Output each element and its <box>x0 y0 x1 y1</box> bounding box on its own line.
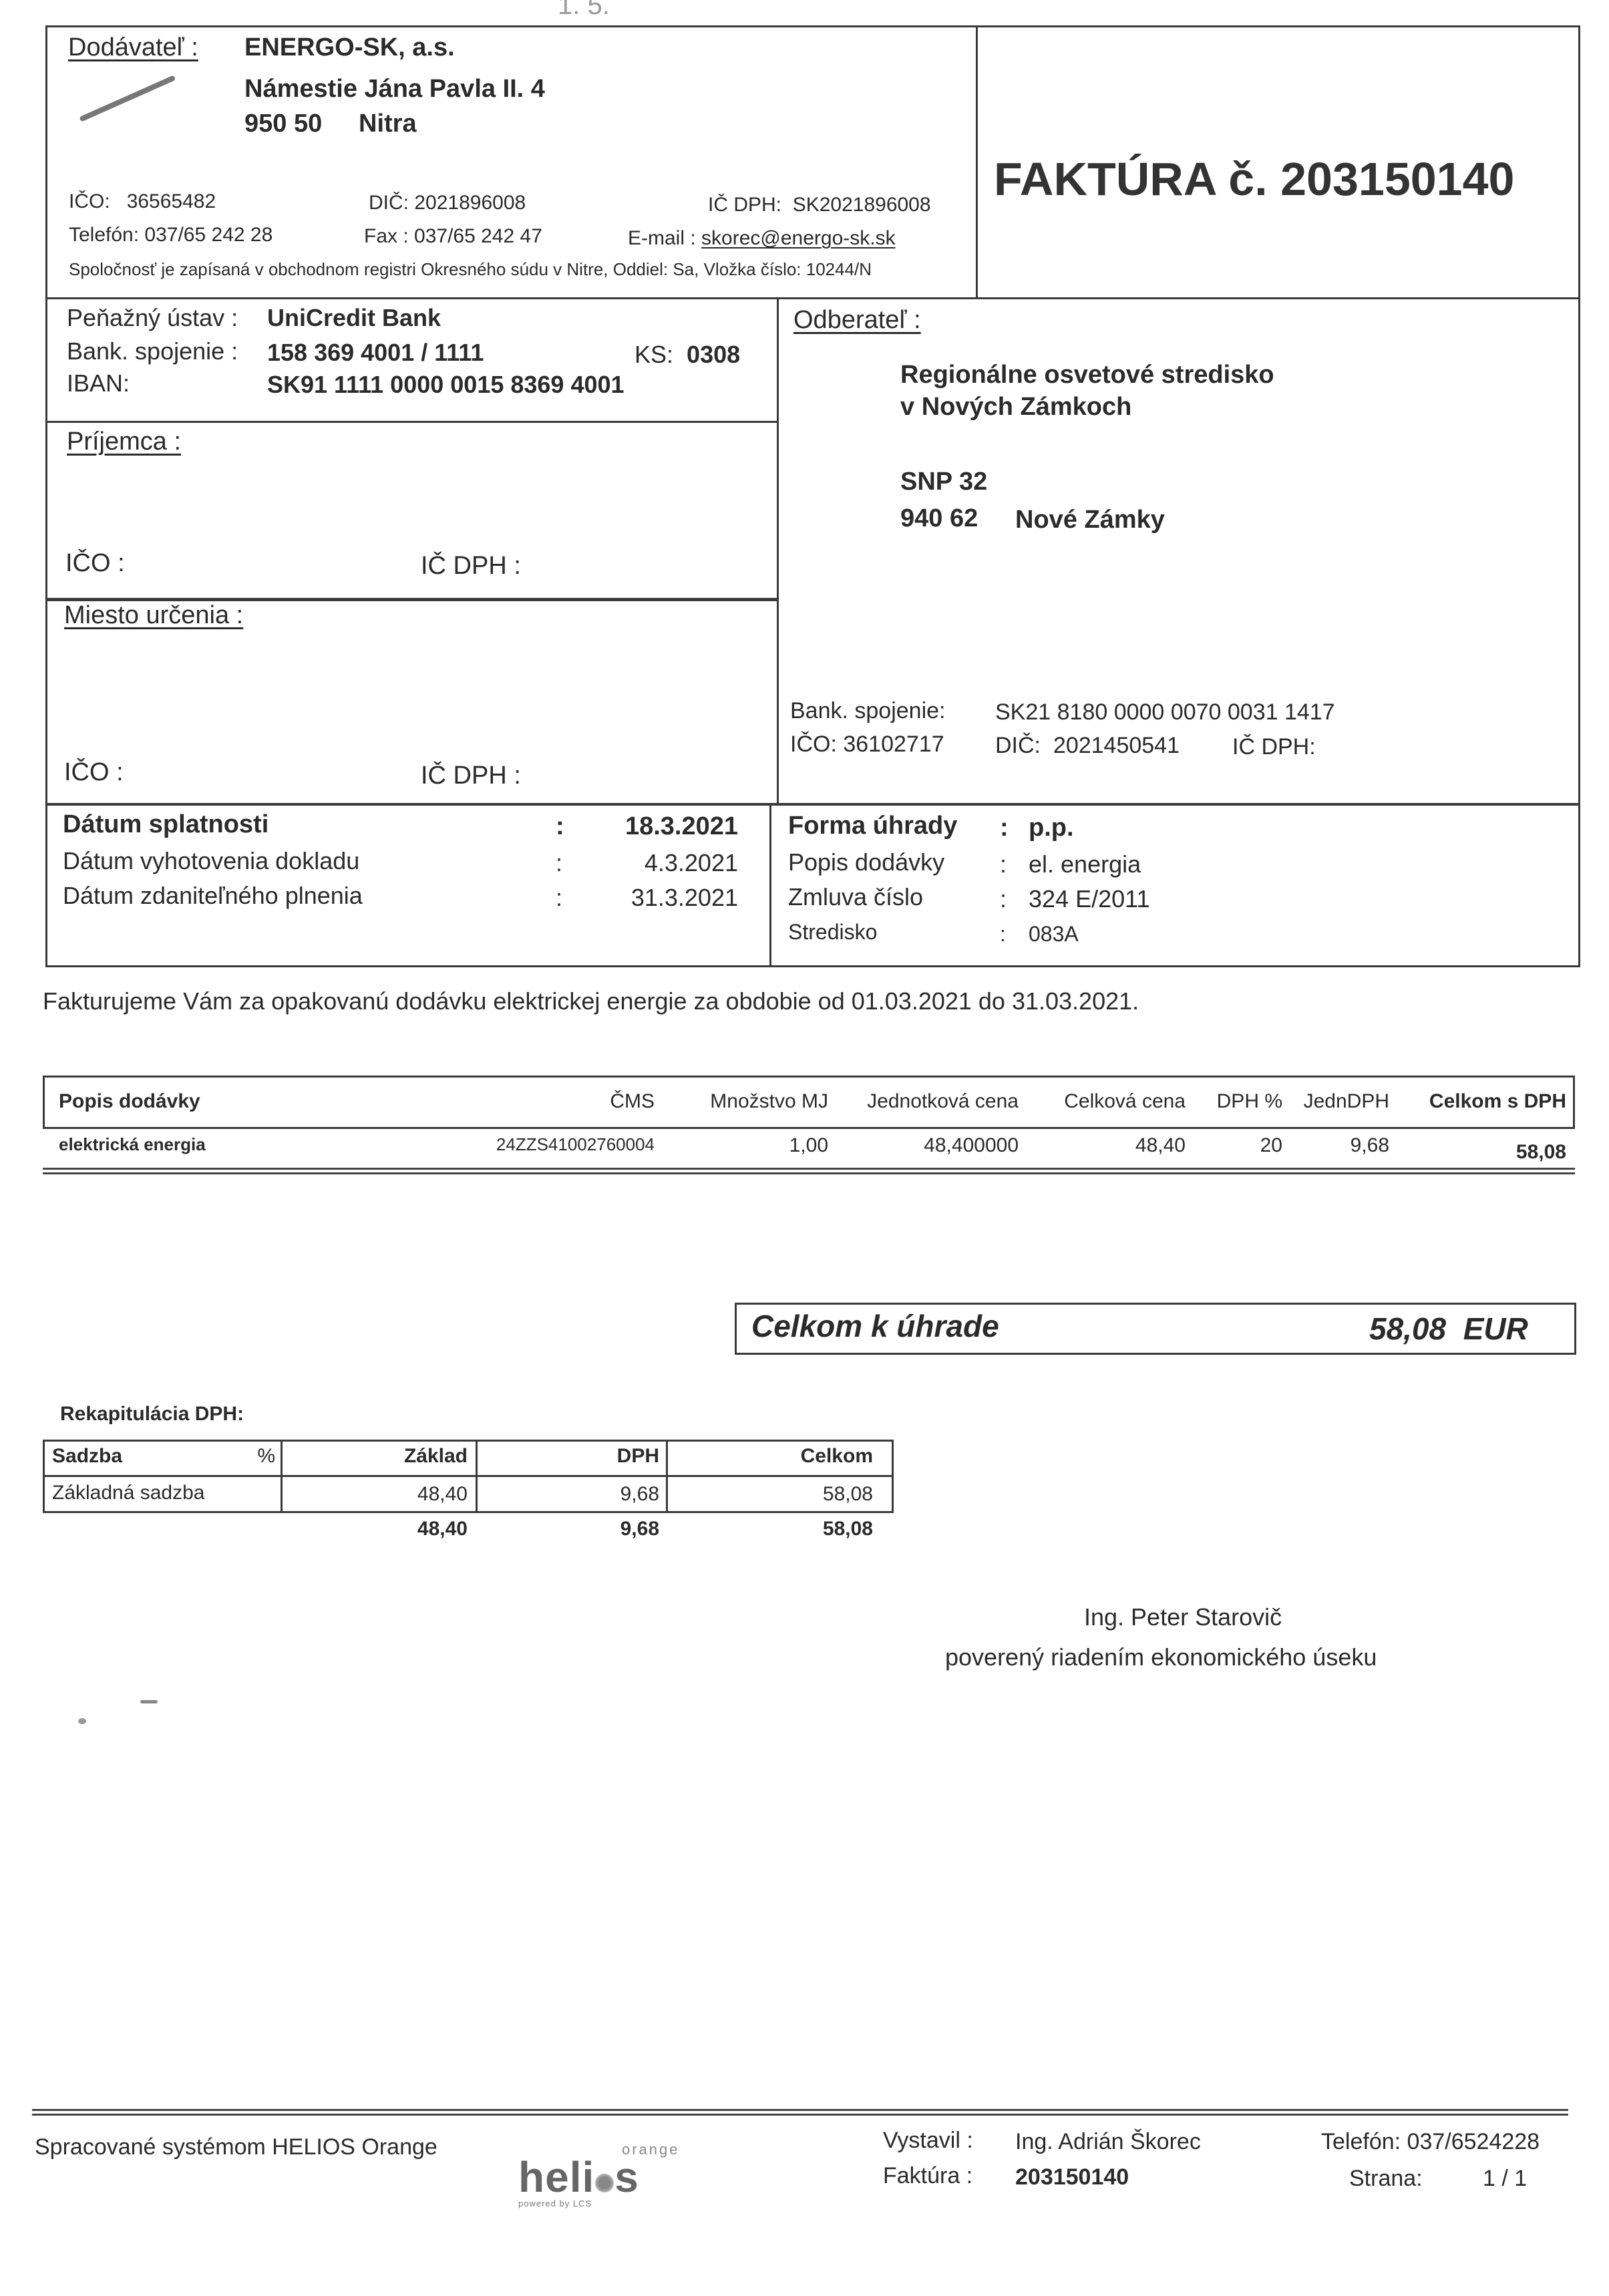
helios-sun-icon <box>594 2173 614 2193</box>
customer-zip: 940 62 <box>900 504 978 533</box>
invoice-title: FAKTÚRA č. 203150140 <box>994 152 1514 206</box>
date-colon: : <box>556 812 564 841</box>
signature-name: Ing. Peter Starovič <box>1084 1603 1282 1631</box>
total-amount: 58,08 EUR <box>1369 1311 1528 1347</box>
payment-label: Popis dodávky <box>788 848 944 876</box>
payment-colon: : <box>1000 814 1009 842</box>
items-bottom-rule <box>43 1168 1575 1174</box>
items-row-cell: 9,68 <box>1286 1134 1389 1157</box>
payment-value: 083A <box>1029 922 1079 947</box>
destination-icdph-label: IČ DPH : <box>421 762 521 790</box>
supplier-street: Námestie Jána Pavla II. 4 <box>244 75 545 104</box>
vat-col-2 <box>476 1440 478 1513</box>
items-row-cell: 58,08 <box>1396 1141 1566 1164</box>
recipient-label: Príjemca : <box>67 428 181 456</box>
stray-mark <box>140 1700 158 1703</box>
supplier-ico: IČO: 36565482 <box>69 190 216 213</box>
destination-label: Miesto určenia : <box>64 601 243 630</box>
items-row-cell: 24ZZS41002760004 <box>481 1134 655 1155</box>
supplier-zip: 950 50 <box>244 110 322 138</box>
supplier-fax: Fax : 037/65 242 47 <box>364 225 542 248</box>
vat-header-sadzba: Sadzba <box>52 1445 122 1468</box>
items-header-cell: Popis dodávky <box>59 1090 393 1113</box>
customer-city: Nové Zámky <box>1015 506 1165 534</box>
recipient-icdph-label: IČ DPH : <box>421 552 521 581</box>
vat-recap-header-rule <box>43 1475 894 1477</box>
bank-iban: SK91 1111 0000 0015 8369 4001 <box>267 371 624 399</box>
bank-account: 158 369 4001 / 1111 <box>267 339 484 367</box>
customer-street: SNP 32 <box>900 468 987 496</box>
items-header-cell: DPH % <box>1202 1090 1282 1113</box>
items-row-cell: 1,00 <box>681 1134 828 1157</box>
vat-total-cell: 9,68 <box>482 1518 659 1540</box>
vat-header-cell: Celkom <box>673 1445 873 1468</box>
items-header-cell: Jednotková cena <box>835 1090 1019 1113</box>
customer-ico: IČO: 36102717 <box>790 731 944 758</box>
supplier-dic: DIČ: 2021896008 <box>369 192 526 214</box>
date-label: Dátum splatnosti <box>63 810 269 839</box>
payment-value: p.p. <box>1029 814 1074 842</box>
customer-bank-label: Bank. spojenie: <box>790 698 946 724</box>
header-divider <box>976 25 978 299</box>
bank-institution-label: Peňažný ústav : <box>67 304 238 332</box>
bank-account-label: Bank. spojenie : <box>67 337 238 365</box>
dates-payment-divider <box>769 804 771 967</box>
footer-page-label: Strana: <box>1349 2166 1423 2192</box>
supplier-city: Nitra <box>359 110 417 138</box>
footer-page: 1 / 1 <box>1483 2166 1527 2192</box>
footer-invoice-no: 203150140 <box>1015 2164 1129 2190</box>
date-colon: : <box>556 849 562 877</box>
payment-label: Stredisko <box>788 920 877 945</box>
recipient-ico-label: IČO : <box>65 549 125 578</box>
items-header-cell: ČMS <box>481 1090 655 1113</box>
date-value: 18.3.2021 <box>588 812 738 841</box>
items-row-cell: elektrická energia <box>59 1134 393 1155</box>
items-row-cell: 20 <box>1202 1134 1282 1157</box>
payment-label: Zmluva číslo <box>788 883 923 911</box>
date-label: Dátum zdaniteľného plnenia <box>63 882 363 910</box>
supplier-registry-note: Spoločnosť je zapísaná v obchodnom regis… <box>69 259 872 280</box>
vat-row-cell: 9,68 <box>482 1483 659 1506</box>
vat-total-cell: 48,40 <box>287 1518 468 1540</box>
destination-ico-label: IČO : <box>64 758 124 787</box>
supplier-name: ENERGO-SK, a.s. <box>244 33 455 62</box>
customer-dic: DIČ: 2021450541 <box>995 733 1180 759</box>
items-header-cell: JednDPH <box>1286 1090 1389 1113</box>
supplier-email-link[interactable]: skorec@energo-sk.sk <box>701 227 896 249</box>
bank-divider <box>45 421 779 423</box>
footer-invoice-label: Faktúra : <box>883 2163 972 2189</box>
vat-col-1 <box>281 1440 283 1513</box>
payment-value: el. energia <box>1029 850 1141 878</box>
footer-rule <box>32 2109 1568 2116</box>
supplier-icdph: IČ DPH: SK2021896008 <box>708 194 931 216</box>
customer-bank: SK21 8180 0000 0070 0031 1417 <box>995 699 1335 725</box>
vat-header-cell: DPH <box>482 1445 659 1468</box>
vat-row-label: Základná sadzba <box>52 1482 205 1504</box>
vat-recap-title: Rekapitulácia DPH: <box>60 1403 244 1426</box>
date-colon: : <box>556 884 562 912</box>
vat-header-cell: Základ <box>287 1445 468 1468</box>
payment-label: Forma úhrady <box>788 812 957 840</box>
supplier-label: Dodávateľ : <box>68 33 198 62</box>
bank-iban-label: IBAN: <box>67 369 130 397</box>
items-header-cell: Celkom s DPH <box>1396 1090 1566 1113</box>
customer-icdph-label: IČ DPH: <box>1232 734 1316 760</box>
items-header-cell: Celková cena <box>1025 1090 1186 1113</box>
total-label: Celkom k úhrade <box>751 1308 999 1344</box>
vat-row-cell: 58,08 <box>673 1483 873 1506</box>
payment-colon: : <box>1000 922 1006 947</box>
items-row-cell: 48,40 <box>1025 1134 1186 1157</box>
footer-issued-by-label: Vystavil : <box>883 2128 973 2154</box>
customer-name-line2: v Nových Zámkoch <box>900 393 1131 422</box>
handwritten-mark: 1. 5. <box>558 0 610 21</box>
intro-text: Fakturujeme Vám za opakovanú dodávku ele… <box>43 987 1139 1015</box>
helios-logo: orange helis powered by LCS <box>518 2141 639 2208</box>
supplier-email-block: E-mail : skorec@energo-sk.sk <box>628 227 896 250</box>
vat-total-cell: 58,08 <box>673 1518 873 1540</box>
items-row-cell: 48,400000 <box>835 1134 1019 1157</box>
payment-value: 324 E/2011 <box>1029 885 1150 913</box>
customer-label: Odberateľ : <box>793 306 921 335</box>
bank-ks: KS: 0308 <box>635 341 740 369</box>
vat-col-3 <box>666 1440 668 1513</box>
bank-institution: UniCredit Bank <box>267 304 441 332</box>
date-label: Dátum vyhotovenia dokladu <box>63 847 359 875</box>
footer-phone: Telefón: 037/6524228 <box>1321 2129 1540 2155</box>
items-header-cell: Množstvo MJ <box>681 1090 828 1113</box>
footer-processed-by: Spracované systémom HELIOS Orange <box>35 2134 437 2160</box>
date-value: 31.3.2021 <box>588 884 738 912</box>
supplier-phone: Telefón: 037/65 242 28 <box>69 224 273 247</box>
payment-colon: : <box>1000 850 1007 878</box>
payment-colon: : <box>1000 885 1007 913</box>
customer-name-line1: Regionálne osvetové stredisko <box>900 361 1274 389</box>
vat-row-cell: 48,40 <box>287 1483 468 1506</box>
signature-role: poverený riadením ekonomického úseku <box>945 1643 1377 1671</box>
date-value: 4.3.2021 <box>588 849 738 877</box>
footer-issued-by: Ing. Adrián Škorec <box>1015 2129 1201 2155</box>
stray-dot <box>78 1718 86 1724</box>
vat-header-percent: % <box>247 1445 275 1468</box>
